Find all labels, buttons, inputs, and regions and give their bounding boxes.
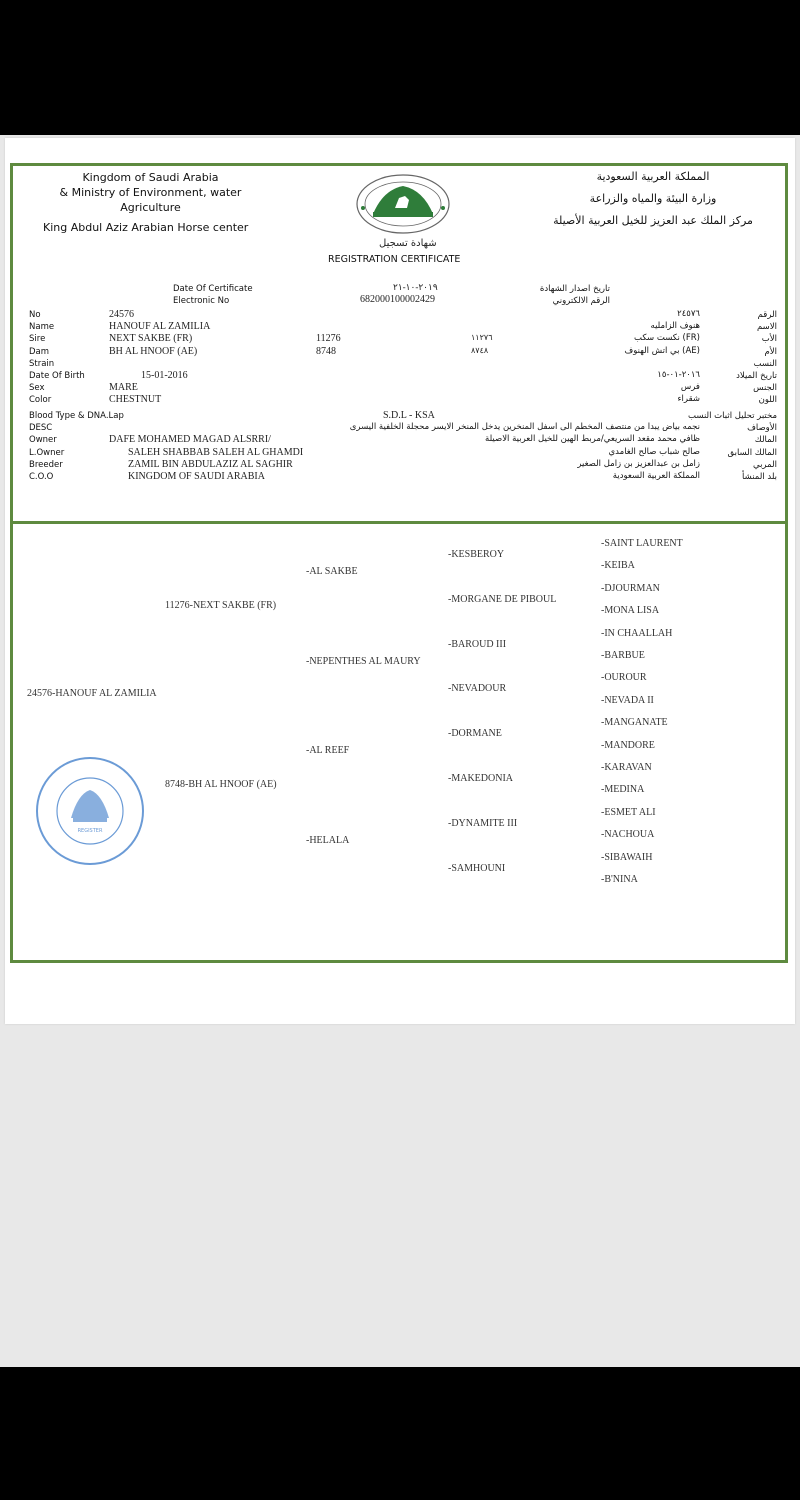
pedigree-gen4: -MEDINA (601, 784, 644, 795)
field-value: BH AL HNOOF (AE) (109, 346, 197, 357)
pedigree-gen3: -DYNAMITE III (448, 818, 517, 829)
pedigree-gen4: -MANGANATE (601, 717, 668, 728)
field-value: HANOUF AL ZAMILIA (109, 321, 210, 332)
field-label: DESC (29, 423, 52, 433)
header-en-line: Kingdom of Saudi Arabia (48, 170, 253, 185)
field-label: No (29, 310, 41, 320)
pedigree-gen3: -BAROUD III (448, 639, 506, 650)
field-value-ar: ٢٤٥٧٦ (677, 309, 700, 319)
pedigree-gen4: -IN CHAALLAH (601, 628, 672, 639)
header-center-name: King Abdul Aziz Arabian Horse center (43, 220, 248, 235)
field-label-ar: الأوصاف (747, 423, 777, 433)
field-label: Strain (29, 359, 54, 369)
field-label-ar: الأب (762, 334, 777, 344)
certificate-frame: Kingdom of Saudi Arabia & Ministry of En… (10, 163, 788, 963)
header-english: Kingdom of Saudi Arabia & Ministry of En… (48, 170, 253, 215)
field-value-ar: ظافي محمد مقعد السريعي/مربط الهين للخيل … (485, 434, 700, 444)
pedigree-gen3: -MORGANE DE PIBOUL (448, 594, 556, 605)
field-label-ar: النسب (754, 359, 777, 369)
field-label: L.Owner (29, 448, 64, 458)
field-label: Color (29, 395, 51, 405)
pedigree-gen2: -NEPENTHES AL MAURY (306, 656, 421, 667)
date-of-certificate-value: ٢٠١٩-١٠-٢١ (393, 282, 438, 293)
field-value: 15-01-2016 (141, 370, 188, 381)
pedigree-gen4: -SAINT LAURENT (601, 538, 683, 549)
field-label: Dam (29, 347, 49, 357)
field-number: 11276 (316, 333, 341, 344)
field-label-ar: تاريخ الميلاد (736, 371, 777, 381)
field-label: Name (29, 322, 54, 332)
field-label-ar: المالك السابق (728, 448, 778, 458)
field-number-ar: ٨٧٤٨ (471, 346, 488, 355)
pedigree-gen3: -DORMANE (448, 728, 502, 739)
official-seal-icon: REGISTER (33, 756, 148, 866)
pedigree-gen4: -KEIBA (601, 560, 635, 571)
svg-text:REGISTER: REGISTER (78, 828, 103, 834)
field-value: SALEH SHABBAB SALEH AL GHAMDI (128, 447, 303, 458)
field-label: C.O.O (29, 472, 53, 482)
field-label-ar: بلد المنشأ (742, 472, 777, 482)
field-value: CHESTNUT (109, 394, 161, 405)
date-of-certificate-label-ar: تاريخ اصدار الشهادة (540, 284, 610, 294)
pedigree-gen2: -AL SAKBE (306, 566, 358, 577)
field-label-ar: الأم (765, 347, 777, 357)
header-arabic: المملكة العربية السعودية وزارة البيئة وا… (533, 166, 773, 232)
field-label: Blood Type & DNA.Lap (29, 411, 124, 421)
field-value: 24576 (109, 309, 134, 320)
pedigree-gen4: -NACHOUA (601, 829, 654, 840)
document-viewer: Kingdom of Saudi Arabia & Ministry of En… (0, 135, 800, 1367)
field-value-ar: فرس (681, 382, 700, 392)
date-of-certificate-label: Date Of Certificate (173, 284, 253, 294)
header-ar-line: مركز الملك عبد العزيز للخيل العربية الأص… (533, 210, 773, 232)
section-divider (13, 521, 785, 524)
field-value-ar: (AE) بي اتش الهنوف (624, 346, 700, 356)
field-value-ar: صالح شباب صالح الغامدي (609, 447, 700, 457)
field-value-ar: (FR) نكست سكب (634, 333, 700, 343)
pedigree-gen4: -ESMET ALI (601, 807, 656, 818)
pedigree-gen1: 11276-NEXT SAKBE (FR) (165, 600, 276, 611)
field-value-ar: المملكة العربية السعودية (613, 471, 700, 481)
field-value: S.D.L - KSA (383, 410, 435, 421)
header-en-line: Agriculture (48, 200, 253, 215)
pedigree-gen4: -KARAVAN (601, 762, 652, 773)
field-label-ar: الاسم (757, 322, 777, 332)
field-label-ar: الرقم (758, 310, 777, 320)
pedigree-gen4: -B'NINA (601, 874, 638, 885)
pedigree-gen2: -AL REEF (306, 745, 349, 756)
field-label-ar: مختبر تحليل اثبات النسب (688, 411, 777, 421)
header-en-line: & Ministry of Environment, water (48, 185, 253, 200)
header-ar-line: وزارة البيئة والمياه والزراعة (533, 188, 773, 210)
field-label: Owner (29, 435, 57, 445)
pedigree-gen4: -BARBUE (601, 650, 645, 661)
pedigree-gen4: -MANDORE (601, 740, 655, 751)
pedigree-gen3: -MAKEDONIA (448, 773, 513, 784)
pedigree-gen3: -NEVADOUR (448, 683, 506, 694)
field-value-ar: نجمه بياض يبدا من منتصف المخطم الى اسفل … (350, 422, 700, 432)
certificate-page: Kingdom of Saudi Arabia & Ministry of En… (5, 138, 795, 1024)
field-number: 8748 (316, 346, 336, 357)
pedigree-gen3: -SAMHOUNI (448, 863, 505, 874)
field-label-ar: اللون (759, 395, 777, 405)
title-english: REGISTRATION CERTIFICATE (328, 254, 460, 265)
field-value-ar: ٢٠١٦-٠١-١٥ (657, 370, 700, 380)
pedigree-gen2: -HELALA (306, 835, 349, 846)
field-value: NEXT SAKBE (FR) (109, 333, 192, 344)
pedigree-gen4: -OUROUR (601, 672, 647, 683)
electronic-no-label-ar: الرقم الالكتروني (553, 296, 610, 306)
pedigree-subject: 24576-HANOUF AL ZAMILIA (27, 688, 157, 699)
pedigree-gen4: -SIBAWAIH (601, 852, 652, 863)
field-label-ar: المالك (755, 435, 777, 445)
field-value-ar: زامل بن عبدالعزيز بن زامل الصغير (577, 459, 700, 469)
electronic-no-value: 682000100002429 (360, 294, 435, 305)
field-label: Sire (29, 334, 45, 344)
field-label-ar: الجنس (753, 383, 777, 393)
pedigree-gen4: -NEVADA II (601, 695, 654, 706)
field-value: KINGDOM OF SAUDI ARABIA (128, 471, 265, 482)
field-value: DAFE MOHAMED MAGAD ALSRRI/ (109, 434, 271, 445)
pedigree-gen3: -KESBEROY (448, 549, 504, 560)
field-number-ar: ١١٢٧٦ (471, 333, 492, 342)
pedigree-gen4: -MONA LISA (601, 605, 659, 616)
electronic-no-label: Electronic No (173, 296, 229, 306)
field-label-ar: المربي (753, 460, 777, 470)
header-ar-line: المملكة العربية السعودية (533, 166, 773, 188)
field-label: Date Of Birth (29, 371, 85, 381)
title-arabic: شهادة تسجيل (379, 238, 437, 249)
horse-emblem-icon (353, 172, 453, 238)
pedigree-gen1: 8748-BH AL HNOOF (AE) (165, 779, 277, 790)
field-value: ZAMIL BIN ABDULAZIZ AL SAGHIR (128, 459, 293, 470)
field-label: Sex (29, 383, 45, 393)
field-value: MARE (109, 382, 138, 393)
field-label: Breeder (29, 460, 63, 470)
pedigree-gen4: -DJOURMAN (601, 583, 660, 594)
field-value-ar: شقراء (678, 394, 700, 404)
field-value-ar: هنوف الزامليه (651, 321, 700, 331)
